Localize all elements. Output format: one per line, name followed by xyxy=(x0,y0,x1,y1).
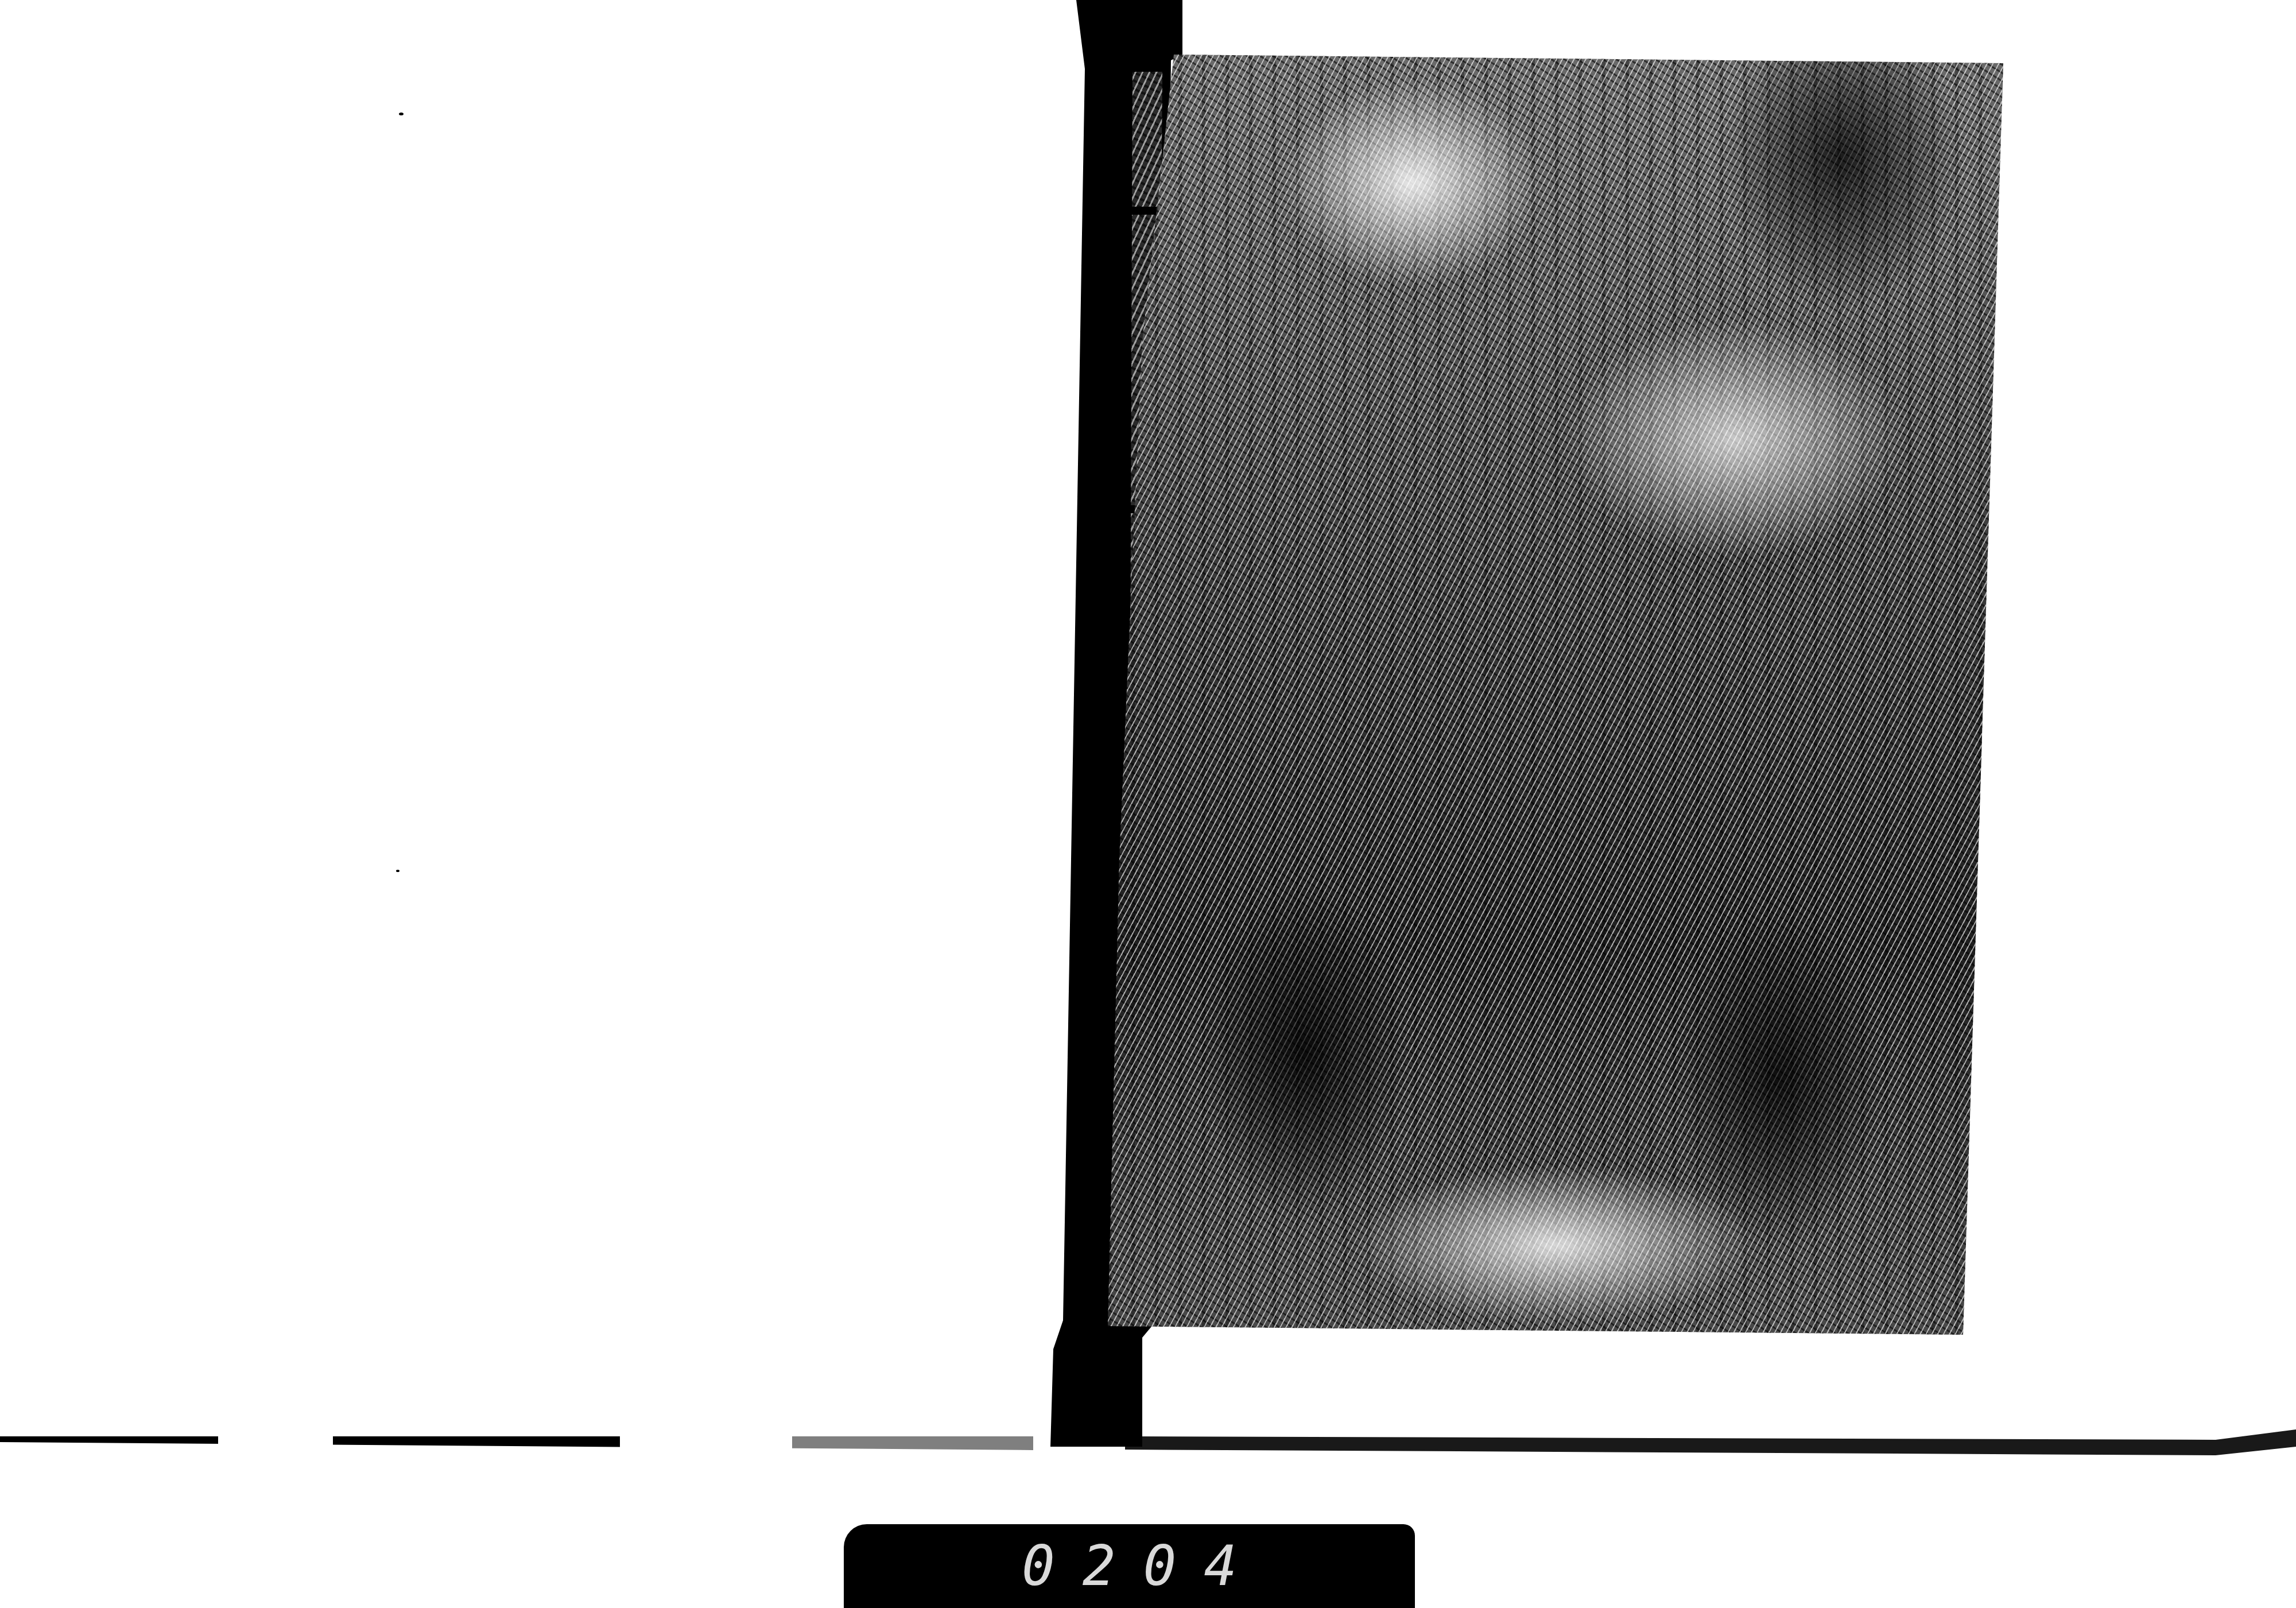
book-cover xyxy=(1108,55,2003,1335)
dust-speck xyxy=(396,870,400,872)
table-edge-shadow xyxy=(1125,1429,2296,1455)
frame-number: 0204 xyxy=(994,1534,1265,1598)
frame-number-label: 0204 xyxy=(844,1524,1415,1608)
dust-speck xyxy=(399,113,404,115)
